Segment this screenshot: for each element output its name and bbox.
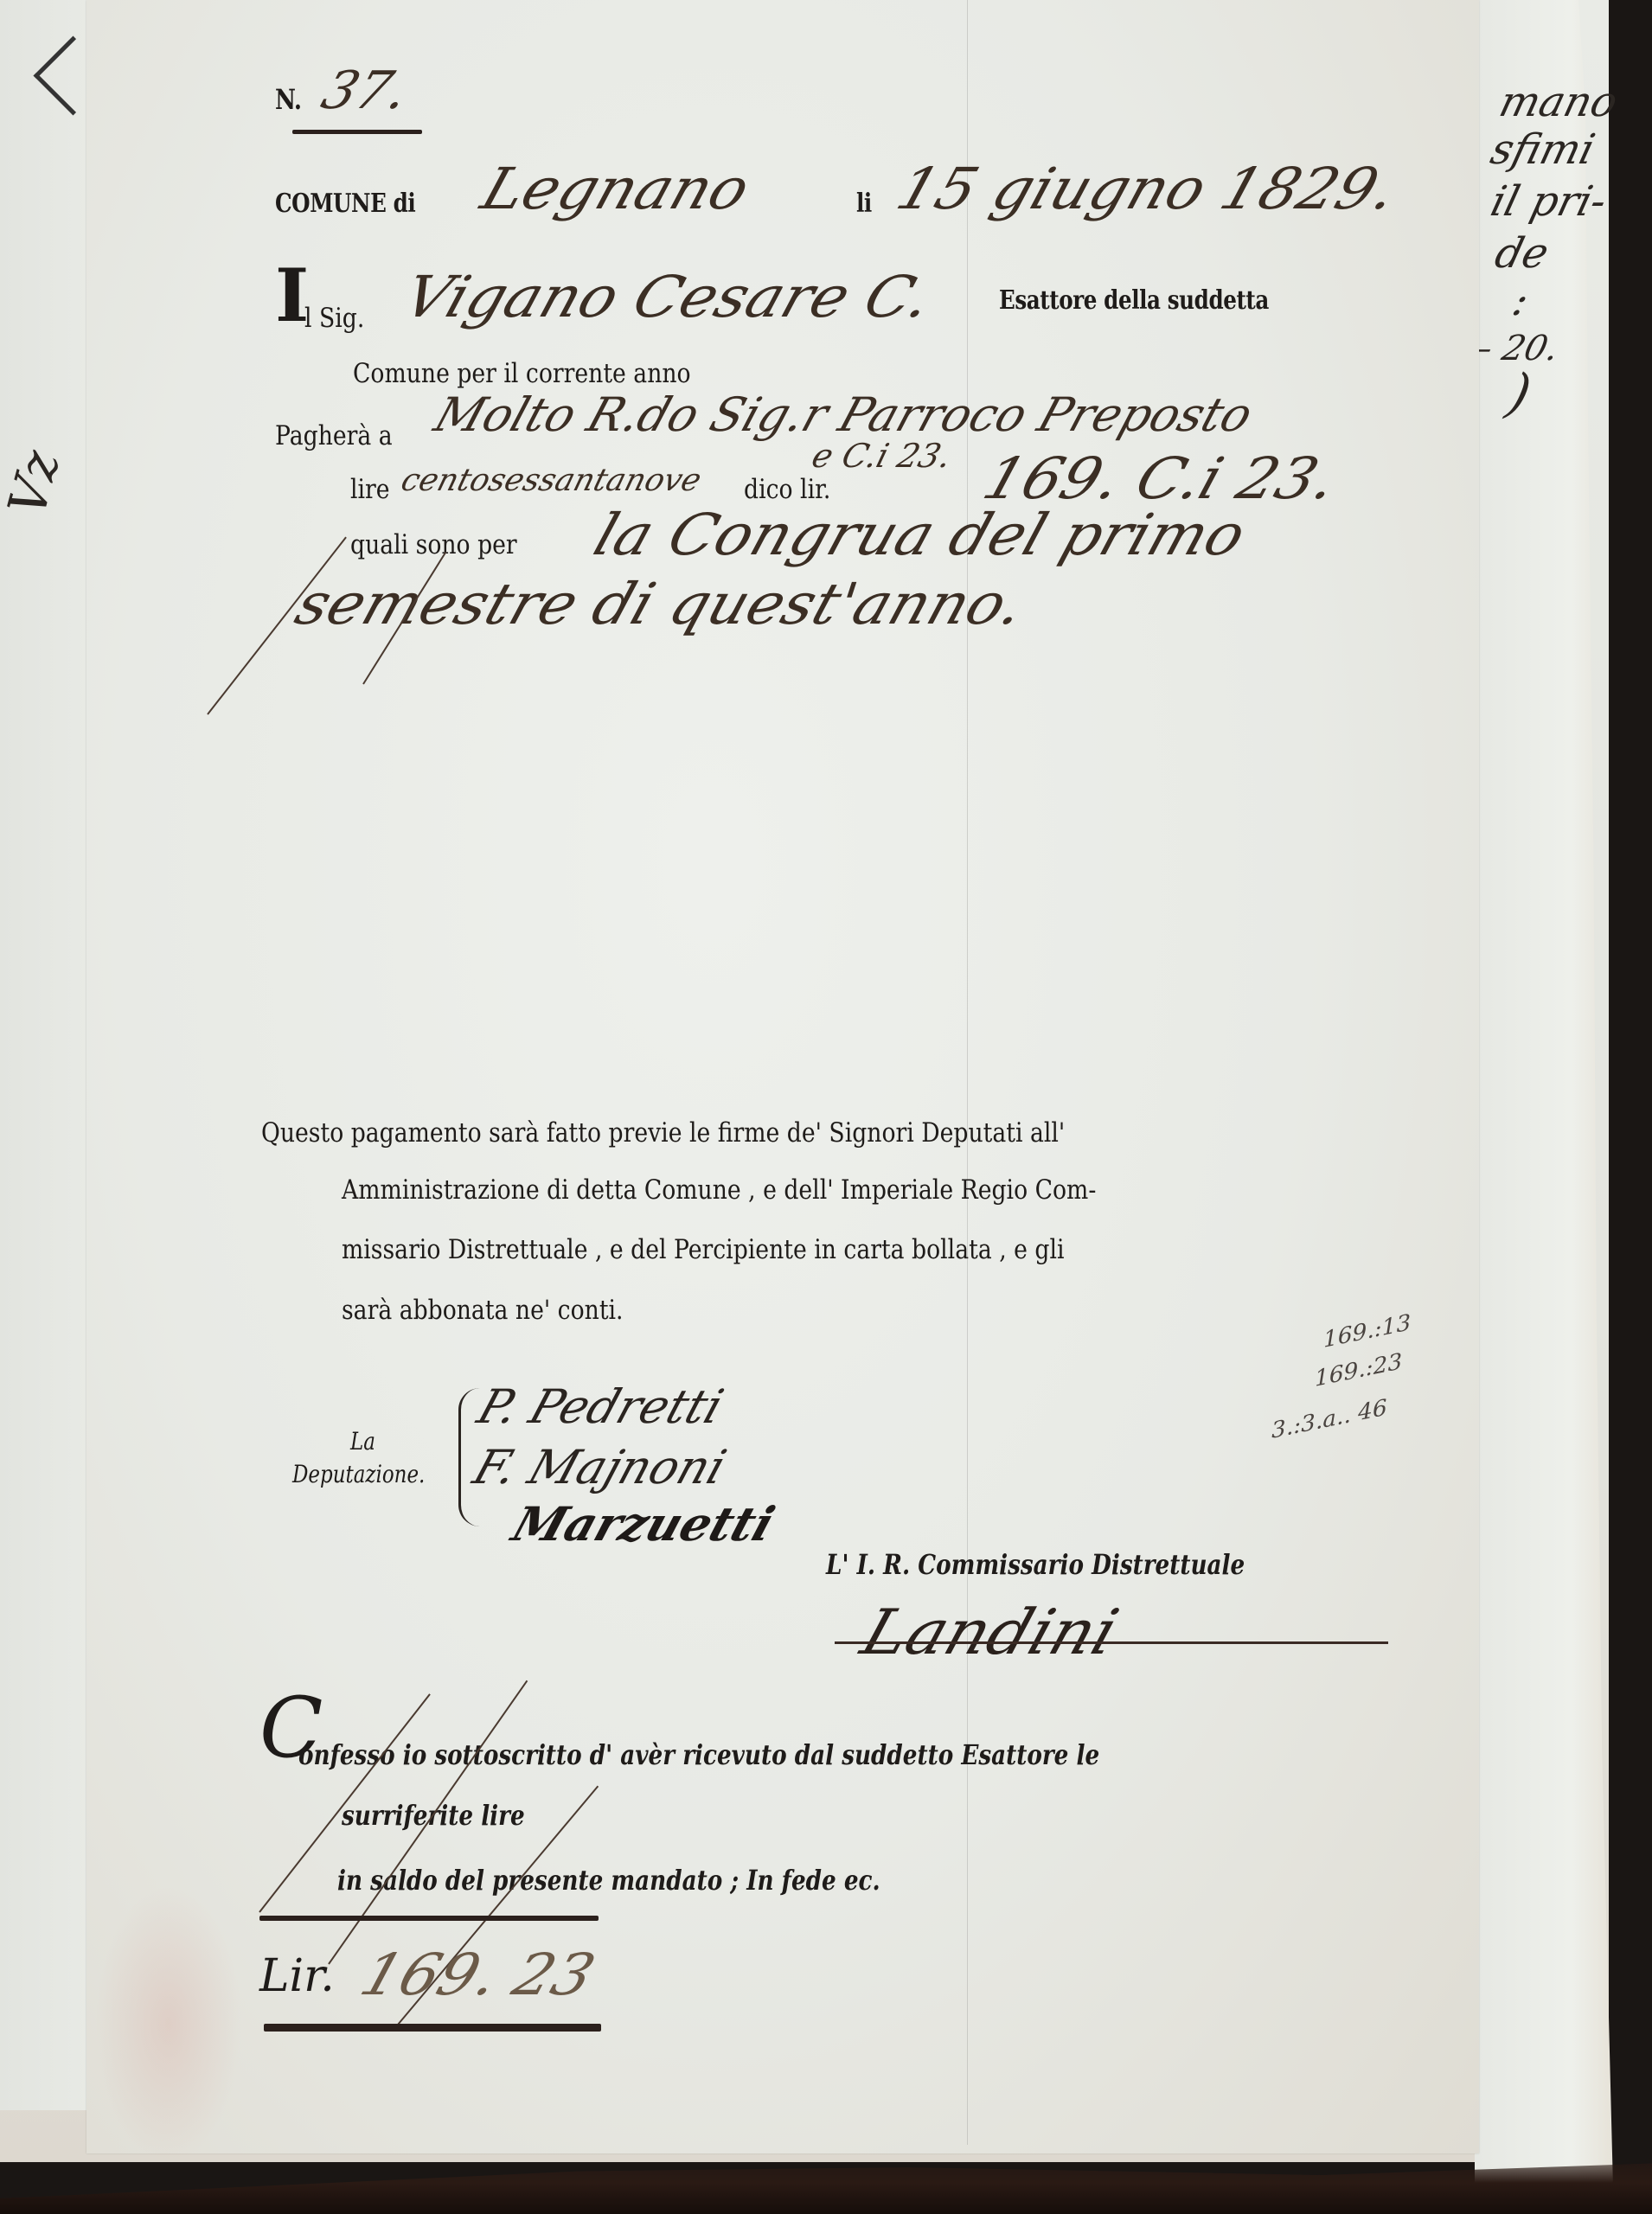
purpose-line1: la Congrua del primo <box>586 502 1253 568</box>
deputation-label-1: La <box>350 1427 375 1456</box>
deputation-brace <box>458 1388 480 1526</box>
conditions-line-4: sarà abbonata ne' conti. <box>342 1295 624 1326</box>
date-value: 15 giugno 1829. <box>888 156 1405 222</box>
right-fragment-3: il pri- <box>1486 177 1611 226</box>
signature-flourish <box>835 1641 1388 1644</box>
total-label: Lir. <box>259 1950 335 2002</box>
commissioner-signature: Landini <box>853 1596 1127 1668</box>
number-underline <box>292 130 422 134</box>
deputation-label-2: Deputazione. <box>292 1460 425 1488</box>
right-fragment-1: mano <box>1495 78 1623 126</box>
total-value: 169. 23 <box>352 1942 603 2008</box>
receipt-line-1: onfesso io sottoscritto d' avèr ricevuto… <box>298 1738 1099 1771</box>
payee-label: Pagherà a <box>275 420 393 451</box>
receipt-line-3: in saldo del presente mandato ; In fede … <box>337 1864 880 1897</box>
left-adjacent-page <box>0 0 92 2110</box>
comune-label: COMUNE di <box>275 189 415 219</box>
collector-name: Vigano Cesare C. <box>395 264 940 330</box>
stain <box>95 1885 242 2162</box>
total-top-rule <box>259 1916 599 1921</box>
comune-value: Legnano <box>473 156 758 222</box>
payee-value: Molto R.do Sig.r Parroco Preposto <box>428 387 1259 442</box>
lire-label: lire <box>350 474 390 505</box>
conditions-line-2: Amministrazione di detta Comune , e dell… <box>342 1174 1096 1206</box>
commissioner-title: L' I. R. Commissario Distrettuale <box>826 1548 1245 1581</box>
right-fragment-2: sfimi <box>1486 125 1599 174</box>
collector-line2: Comune per il corrente anno <box>353 358 691 389</box>
number-label: N. <box>275 83 302 116</box>
collector-prefix: l Sig. <box>304 303 364 334</box>
conditions-line-3: missario Distrettuale , e del Percipient… <box>342 1234 1065 1265</box>
payee-note: e C.i 23. <box>808 437 956 475</box>
deputy-signature-2: F. Majnoni <box>467 1440 733 1494</box>
fold-crease <box>967 0 968 2145</box>
collector-role: Esattore della suddetta <box>999 285 1269 316</box>
purpose-label: quali sono per <box>350 529 517 560</box>
amount-words: centosessantanove <box>398 463 706 498</box>
total-bottom-rule <box>264 2024 601 2032</box>
deputy-signature-1: P. Pedretti <box>471 1379 730 1434</box>
deputy-signature-3: Marzuetti <box>506 1496 782 1552</box>
conditions-line-1: Questo pagamento sarà fatto previe le fi… <box>261 1117 1065 1149</box>
date-label: li <box>856 189 872 219</box>
dico-label: dico lir. <box>744 474 830 505</box>
